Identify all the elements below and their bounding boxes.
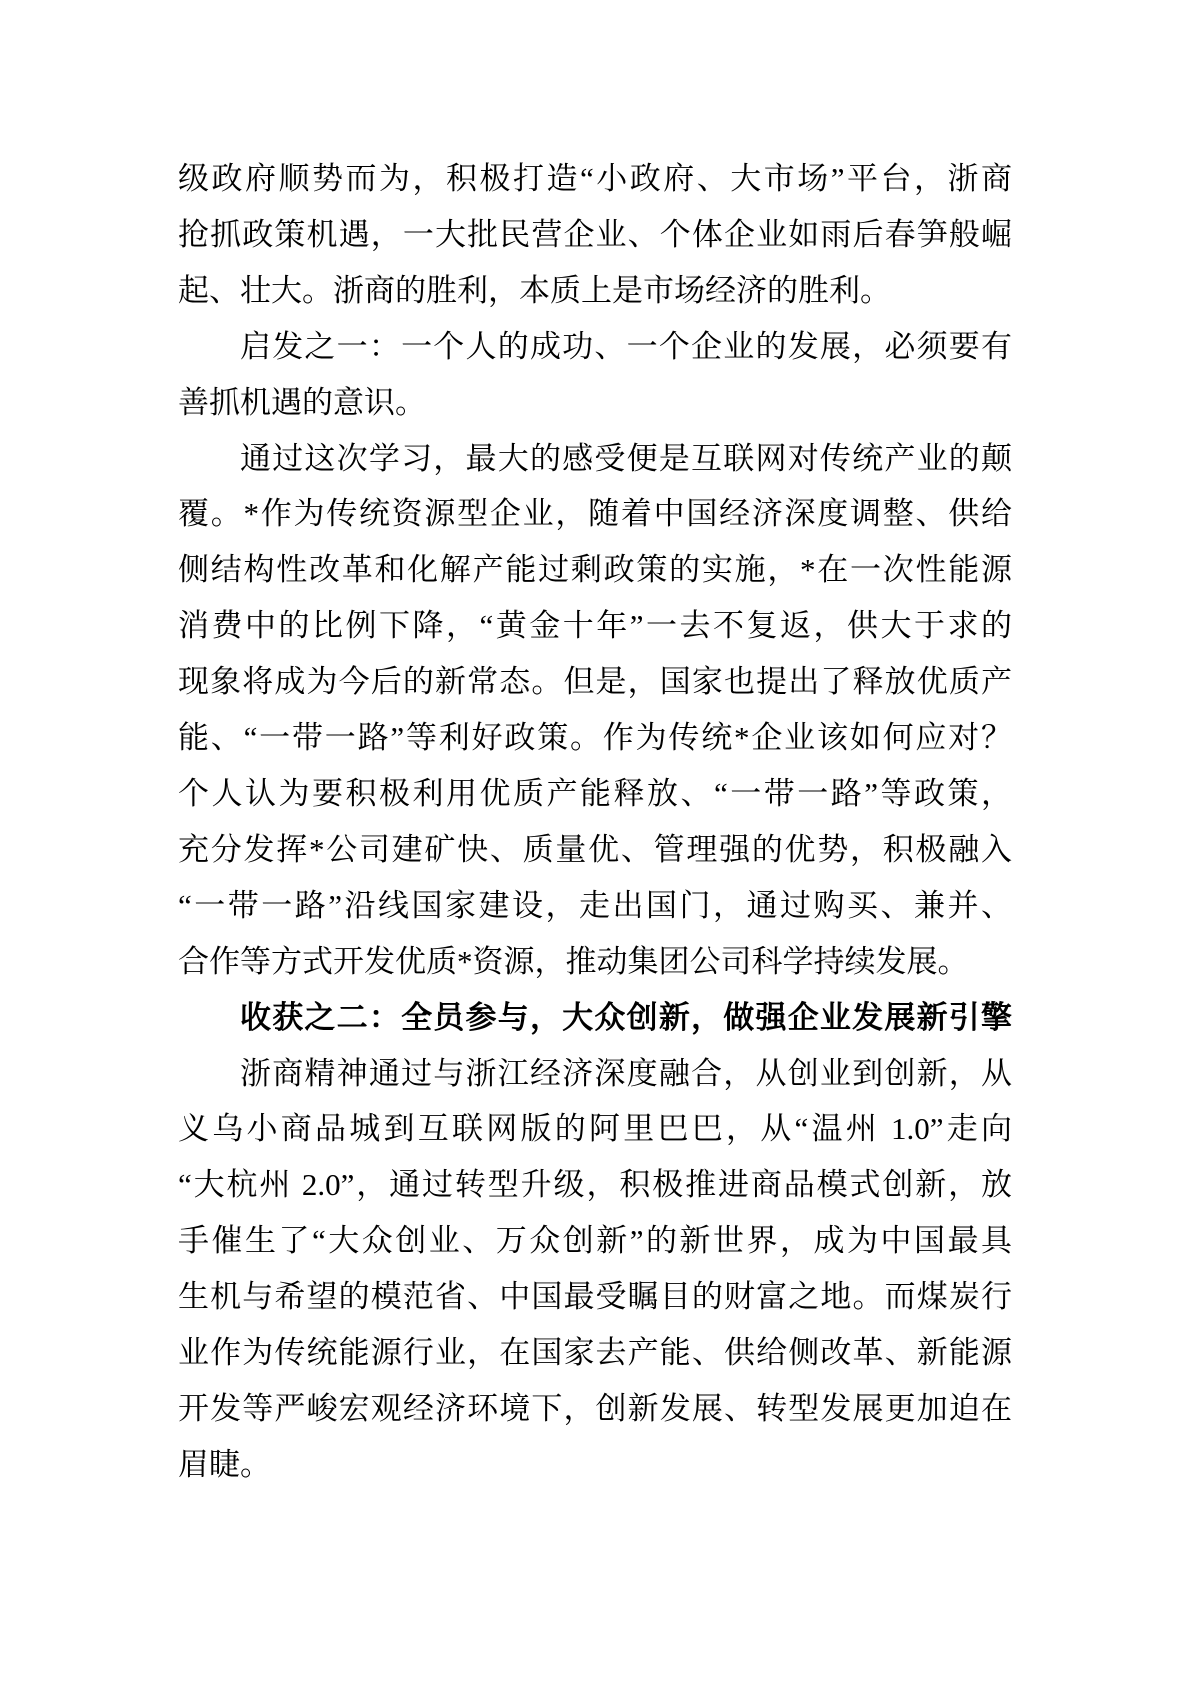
text-line: 业作为传统能源行业，在国家去产能、供给侧改革、新能源 [178, 1325, 1012, 1381]
heading-line: 收获之二：全员参与，大众创新，做强企业发展新引擎 [178, 990, 1012, 1046]
text-line: 通过这次学习，最大的感受便是互联网对传统产业的颠 [178, 431, 1012, 487]
document-body: 级政府顺势而为，积极打造“小政府、大市场”平台，浙商 抢抓政策机遇，一大批民营企… [178, 151, 1012, 1493]
text-line: 生机与希望的模范省、中国最受瞩目的财富之地。而煤炭行 [178, 1269, 1012, 1325]
text-line: 善抓机遇的意识。 [178, 375, 1012, 431]
text-line: 能、“一带一路”等利好政策。作为传统*企业该如何应对？ [178, 710, 1012, 766]
text-line: 启发之一：一个人的成功、一个企业的发展，必须要有 [178, 319, 1012, 375]
text-line: 浙商精神通过与浙江经济深度融合，从创业到创新，从 [178, 1046, 1012, 1102]
text-line: 级政府顺势而为，积极打造“小政府、大市场”平台，浙商 [178, 151, 1012, 207]
text-line: 消费中的比例下降，“黄金十年”一去不复返，供大于求的 [178, 598, 1012, 654]
document-page: 级政府顺势而为，积极打造“小政府、大市场”平台，浙商 抢抓政策机遇，一大批民营企… [0, 0, 1190, 1683]
text-line: 覆。*作为传统资源型企业，随着中国经济深度调整、供给 [178, 486, 1012, 542]
text-line: 义乌小商品城到互联网版的阿里巴巴，从“温州 1.0”走向 [178, 1101, 1012, 1157]
text-line: 开发等严峻宏观经济环境下，创新发展、转型发展更加迫在 [178, 1381, 1012, 1437]
paragraph: 启发之一：一个人的成功、一个企业的发展，必须要有 善抓机遇的意识。 [178, 319, 1012, 431]
paragraph: 级政府顺势而为，积极打造“小政府、大市场”平台，浙商 抢抓政策机遇，一大批民营企… [178, 151, 1012, 319]
text-line: “大杭州 2.0”，通过转型升级，积极推进商品模式创新，放 [178, 1157, 1012, 1213]
text-line: 个人认为要积极利用优质产能释放、“一带一路”等政策， [178, 766, 1012, 822]
paragraph: 通过这次学习，最大的感受便是互联网对传统产业的颠 覆。*作为传统资源型企业，随着… [178, 431, 1012, 990]
text-line: 现象将成为今后的新常态。但是，国家也提出了释放优质产 [178, 654, 1012, 710]
text-line: 手催生了“大众创业、万众创新”的新世界，成为中国最具 [178, 1213, 1012, 1269]
text-line: 抢抓政策机遇，一大批民营企业、个体企业如雨后春笋般崛 [178, 207, 1012, 263]
text-line: “一带一路”沿线国家建设，走出国门，通过购买、兼并、 [178, 878, 1012, 934]
paragraph: 浙商精神通过与浙江经济深度融合，从创业到创新，从 义乌小商品城到互联网版的阿里巴… [178, 1046, 1012, 1493]
text-line: 起、壮大。浙商的胜利，本质上是市场经济的胜利。 [178, 263, 1012, 319]
section-heading: 收获之二：全员参与，大众创新，做强企业发展新引擎 [178, 990, 1012, 1046]
text-line: 合作等方式开发优质*资源，推动集团公司科学持续发展。 [178, 934, 1012, 990]
text-line: 侧结构性改革和化解产能过剩政策的实施，*在一次性能源 [178, 542, 1012, 598]
text-line: 充分发挥*公司建矿快、质量优、管理强的优势，积极融入 [178, 822, 1012, 878]
text-line: 眉睫。 [178, 1437, 1012, 1493]
